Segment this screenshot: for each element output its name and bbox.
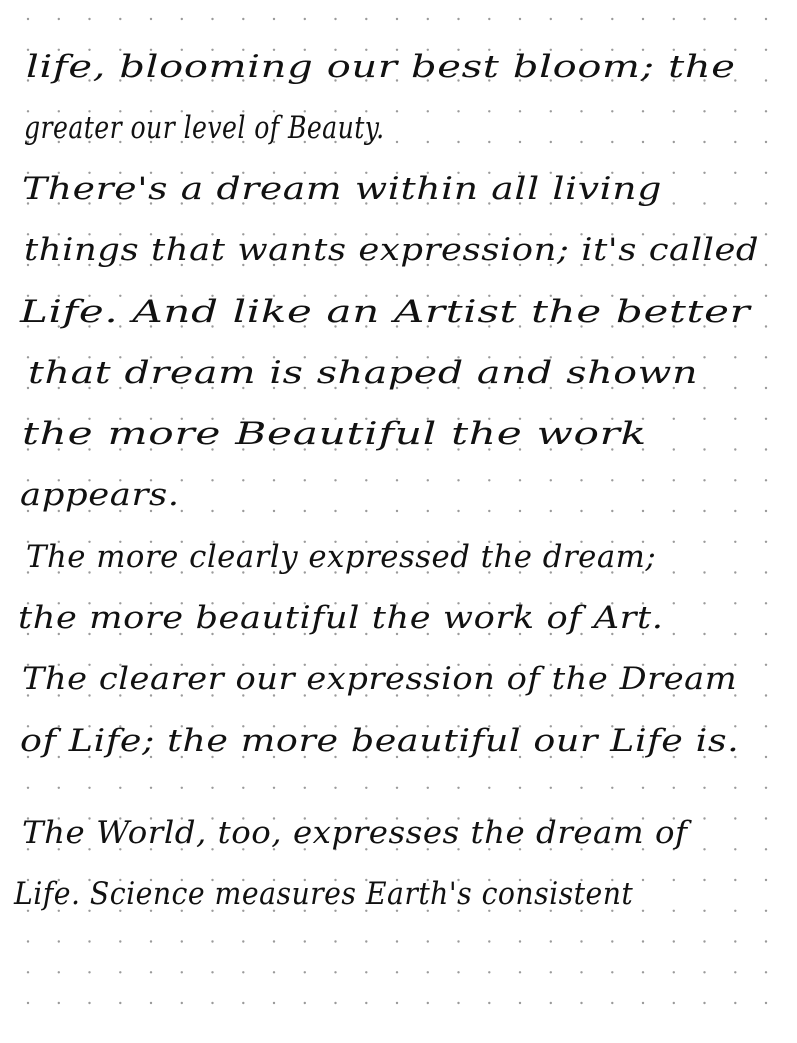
handwritten-line: The clearer our expression of the Dream xyxy=(22,664,737,695)
handwritten-line: The World, too, expresses the dream of xyxy=(22,818,688,849)
handwritten-line: greater our level of Beauty. xyxy=(24,113,385,144)
dot-grid-page: life, blooming our best bloom; the great… xyxy=(0,0,797,1043)
handwritten-line: the more beautiful the work of Art. xyxy=(18,603,663,634)
handwritten-line: Life. Science measures Earth's consisten… xyxy=(14,879,633,910)
handwritten-line: The more clearly expressed the dream; xyxy=(26,542,656,573)
handwritten-line: There's a dream within all living xyxy=(22,174,662,205)
handwritten-line: Life. And like an Artist the better xyxy=(20,297,750,328)
handwritten-line: appears. xyxy=(20,480,180,511)
handwritten-line: the more Beautiful the work xyxy=(22,419,647,450)
handwritten-line: life, blooming our best bloom; the xyxy=(26,52,736,83)
handwritten-line: of Life; the more beautiful our Life is. xyxy=(20,726,739,757)
handwritten-line: that dream is shaped and shown xyxy=(28,358,698,389)
handwritten-line: things that wants expression; it's calle… xyxy=(24,235,759,266)
